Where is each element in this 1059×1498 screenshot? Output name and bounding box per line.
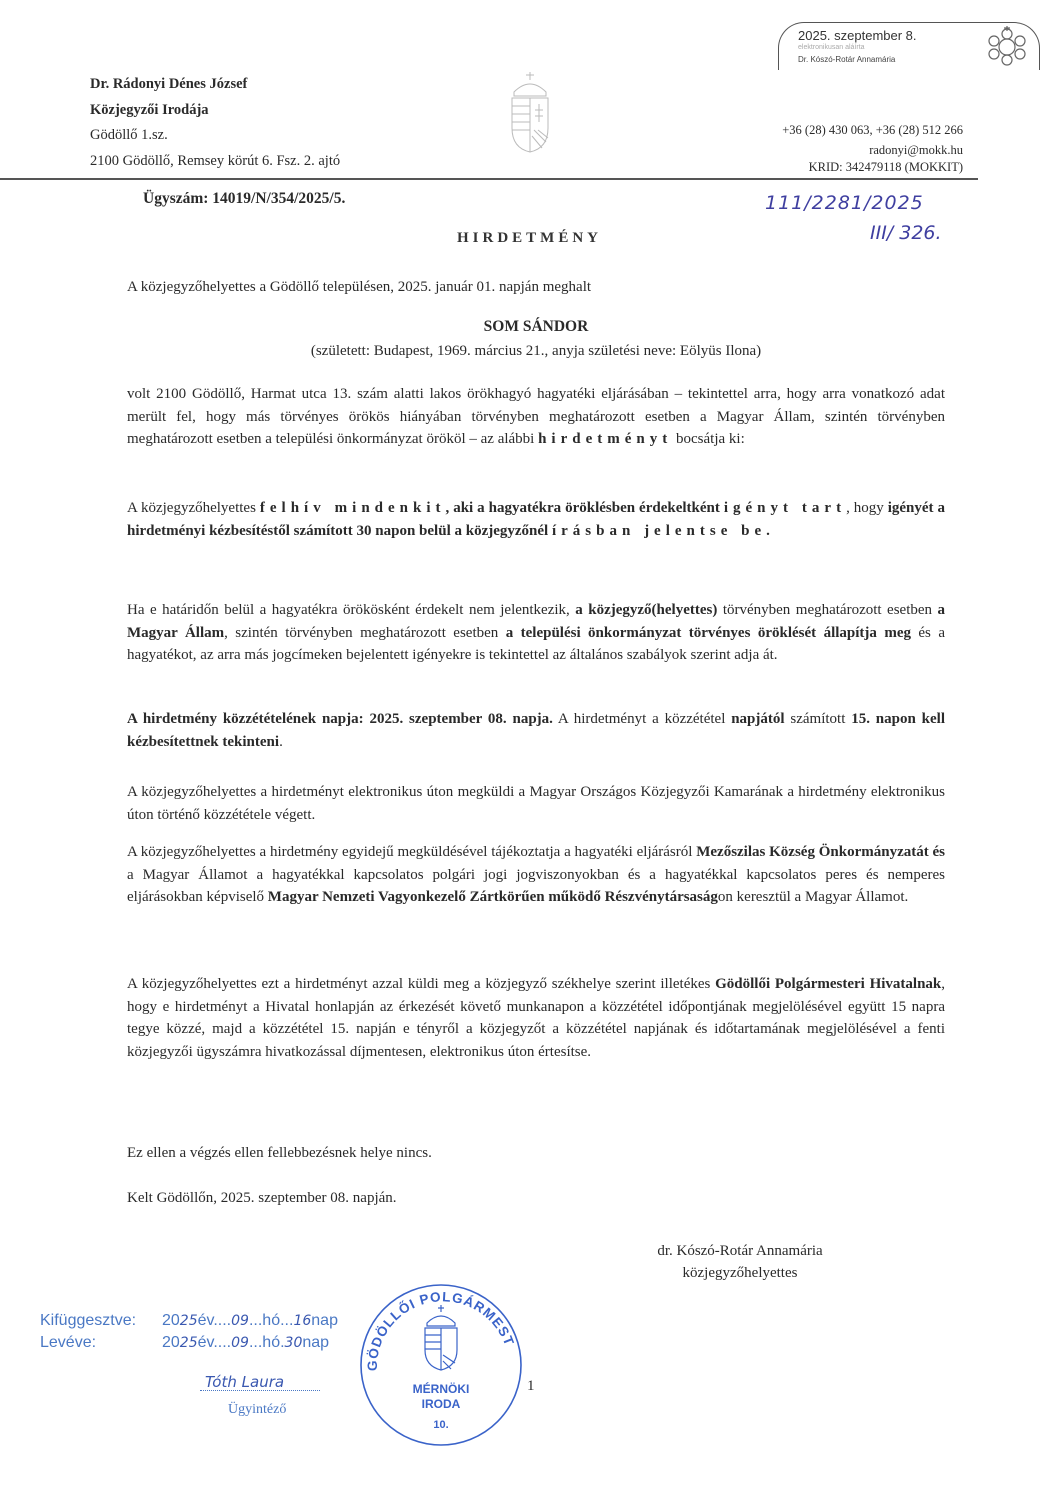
e-signature-signer: Dr. Kószó-Rotár Annamária <box>798 55 895 64</box>
header-divider <box>0 178 978 180</box>
p4-text: A hirdetményt a közzététel <box>553 711 731 727</box>
posted-row: Kifüggesztve:2025év....09...hó...16nap <box>40 1310 338 1332</box>
p6-bold: Mezőszilas Község Önkormányzatát és <box>696 844 945 860</box>
paragraph-5: A közjegyzőhelyettes a hirdetményt elekt… <box>127 781 945 826</box>
stamp-crest-icon <box>425 1305 457 1370</box>
clerk-signature: Tóth Laura <box>205 1373 284 1391</box>
letterhead-left: Dr. Rádonyi Dénes József Közjegyzői Irod… <box>90 72 340 174</box>
p2-emphasis: felhív mindenkit <box>260 500 446 516</box>
p3-text: Ha e határidőn belül a hagyatékra örökös… <box>127 602 575 618</box>
page-number: 1 <box>527 1378 535 1395</box>
day-word: nap <box>311 1312 338 1329</box>
removed-row: Levéve:2025év....09...hó.30nap <box>40 1332 338 1354</box>
posted-day: 16 <box>293 1313 311 1329</box>
removed-label: Levéve: <box>40 1332 162 1354</box>
signature-block: dr. Kószó-Rotár Annamária közjegyzőhelye… <box>560 1240 920 1284</box>
p1-text: volt 2100 Gödöllő, Harmat utca 13. szám … <box>127 386 945 447</box>
month-word: hó <box>262 1334 280 1351</box>
paragraph-3: Ha e határidőn belül a hagyatékra örökös… <box>127 599 945 667</box>
posting-stamp: Kifüggesztve:2025év....09...hó...16nap L… <box>40 1310 338 1354</box>
year-word: év <box>198 1334 214 1351</box>
e-signature-subtitle: elektronikusan aláírta <box>798 44 865 51</box>
case-number: Ügyszám: 14019/N/354/2025/5. <box>143 190 345 208</box>
removed-year-prefix: 20 <box>162 1334 180 1351</box>
clerk-label: Ügyintéző <box>228 1402 286 1418</box>
stamp-ring-text: GÖDÖLLŐI POLGÁRMESTERI HIVATAL <box>355 1275 517 1371</box>
email-address: radonyi@mokk.hu <box>782 140 963 160</box>
no-appeal-notice: Ez ellen a végzés ellen fellebbezésnek h… <box>127 1142 945 1165</box>
p4-text-2: számított <box>785 711 852 727</box>
p2-bold: , aki a hagyatékra öröklésben érdekeltké… <box>446 500 724 516</box>
p4-end: . <box>279 734 283 750</box>
p3-text-3: , szintén törvényben meghatározott esetb… <box>224 625 506 641</box>
letterhead-contact: +36 (28) 430 063, +36 (28) 512 266 radon… <box>782 120 963 160</box>
year-word: év <box>198 1312 214 1329</box>
posted-year-prefix: 20 <box>162 1312 180 1329</box>
p2-text-2: , hogy <box>846 500 888 516</box>
paragraph-2: A közjegyzőhelyettes felhív mindenkit, a… <box>127 497 945 542</box>
p4-bold: A hirdetmény közzétételének napja: 2025.… <box>127 711 553 727</box>
issue-date: Kelt Gödöllőn, 2025. szeptember 08. napj… <box>127 1187 945 1210</box>
krid-number: KRID: 342479118 (MOKKIT) <box>809 160 963 175</box>
hungarian-coat-of-arms-icon <box>500 70 560 154</box>
signatory-role: közjegyzőhelyettes <box>560 1262 920 1284</box>
svg-text:GÖDÖLLŐI POLGÁRMESTERI HIVATAL: GÖDÖLLŐI POLGÁRMESTERI HIVATAL <box>355 1275 517 1371</box>
p6-text: A közjegyzőhelyettes a hirdetmény egyide… <box>127 844 696 860</box>
notary-name: Dr. Rádonyi Dénes József <box>90 72 340 98</box>
p3-bold-3: a települési önkormányzat törvényes örök… <box>506 625 911 641</box>
posted-month: 09 <box>231 1313 249 1329</box>
notary-address: 2100 Gödöllő, Remsey körút 6. Fsz. 2. aj… <box>90 149 340 175</box>
p7-text: A közjegyzőhelyettes ezt a hirdetményt a… <box>127 976 715 992</box>
p2-text: A közjegyzőhelyettes <box>127 500 260 516</box>
e-signature-date: 2025. szeptember 8. <box>798 28 917 43</box>
notary-office: Közjegyzői Irodája <box>90 98 340 124</box>
removed-month: 09 <box>231 1335 249 1351</box>
posted-label: Kifüggesztve: <box>40 1310 162 1332</box>
phone-numbers: +36 (28) 430 063, +36 (28) 512 266 <box>782 120 963 140</box>
posted-year: 25 <box>180 1313 198 1329</box>
signatory-name: dr. Kószó-Rotár Annamária <box>560 1240 920 1262</box>
p1-emphasis: hirdetményt <box>538 431 672 447</box>
notary-seat: Gödöllő 1.sz. <box>90 123 340 149</box>
intro-line: A közjegyzőhelyettes a Gödöllő település… <box>127 276 945 299</box>
p3-bold: a közjegyző(helyettes) <box>575 602 717 618</box>
p3-text-2: törvényben meghatározott esetben <box>717 602 937 618</box>
day-word: nap <box>302 1334 329 1351</box>
removed-day: 30 <box>285 1335 303 1351</box>
p2-emphasis-2: igényt tart <box>724 500 846 516</box>
p7-bold: Gödöllői Polgármesteri Hivatalnak <box>715 976 941 992</box>
p4-bold-2: napjától <box>731 711 784 727</box>
handwritten-registration-number: 111/2281/2025 <box>765 192 924 214</box>
svg-text:10.: 10. <box>433 1419 448 1431</box>
seal-icon <box>985 25 1029 69</box>
deceased-name: SOM SÁNDOR <box>127 318 945 336</box>
paragraph-7: A közjegyzőhelyettes ezt a hirdetményt a… <box>127 973 945 1063</box>
clerk-signature-line <box>200 1390 320 1391</box>
p2-emphasis-3: írásban jelentse be. <box>552 523 775 539</box>
removed-year: 25 <box>180 1335 198 1351</box>
paragraph-1: volt 2100 Gödöllő, Harmat utca 13. szám … <box>127 383 945 451</box>
p6-text-3: on keresztül a Magyar Államot. <box>718 889 908 905</box>
p6-bold-2: Magyar Nemzeti Vagyonkezelő Zártkörűen m… <box>268 889 718 905</box>
svg-text:IRODA: IRODA <box>422 1397 461 1411</box>
document-title: HIRDETMÉNY <box>0 230 1059 247</box>
paragraph-6: A közjegyzőhelyettes a hirdetmény egyide… <box>127 841 945 909</box>
p1-end: bocsátja ki: <box>672 431 744 447</box>
svg-text:MÉRNÖKI: MÉRNÖKI <box>413 1381 470 1396</box>
paragraph-4: A hirdetmény közzétételének napja: 2025.… <box>127 708 945 753</box>
office-stamp: GÖDÖLLŐI POLGÁRMESTERI HIVATAL MÉRNÖKI I… <box>355 1275 527 1455</box>
deceased-details: (született: Budapest, 1969. március 21.,… <box>127 343 945 360</box>
month-word: hó <box>262 1312 280 1329</box>
